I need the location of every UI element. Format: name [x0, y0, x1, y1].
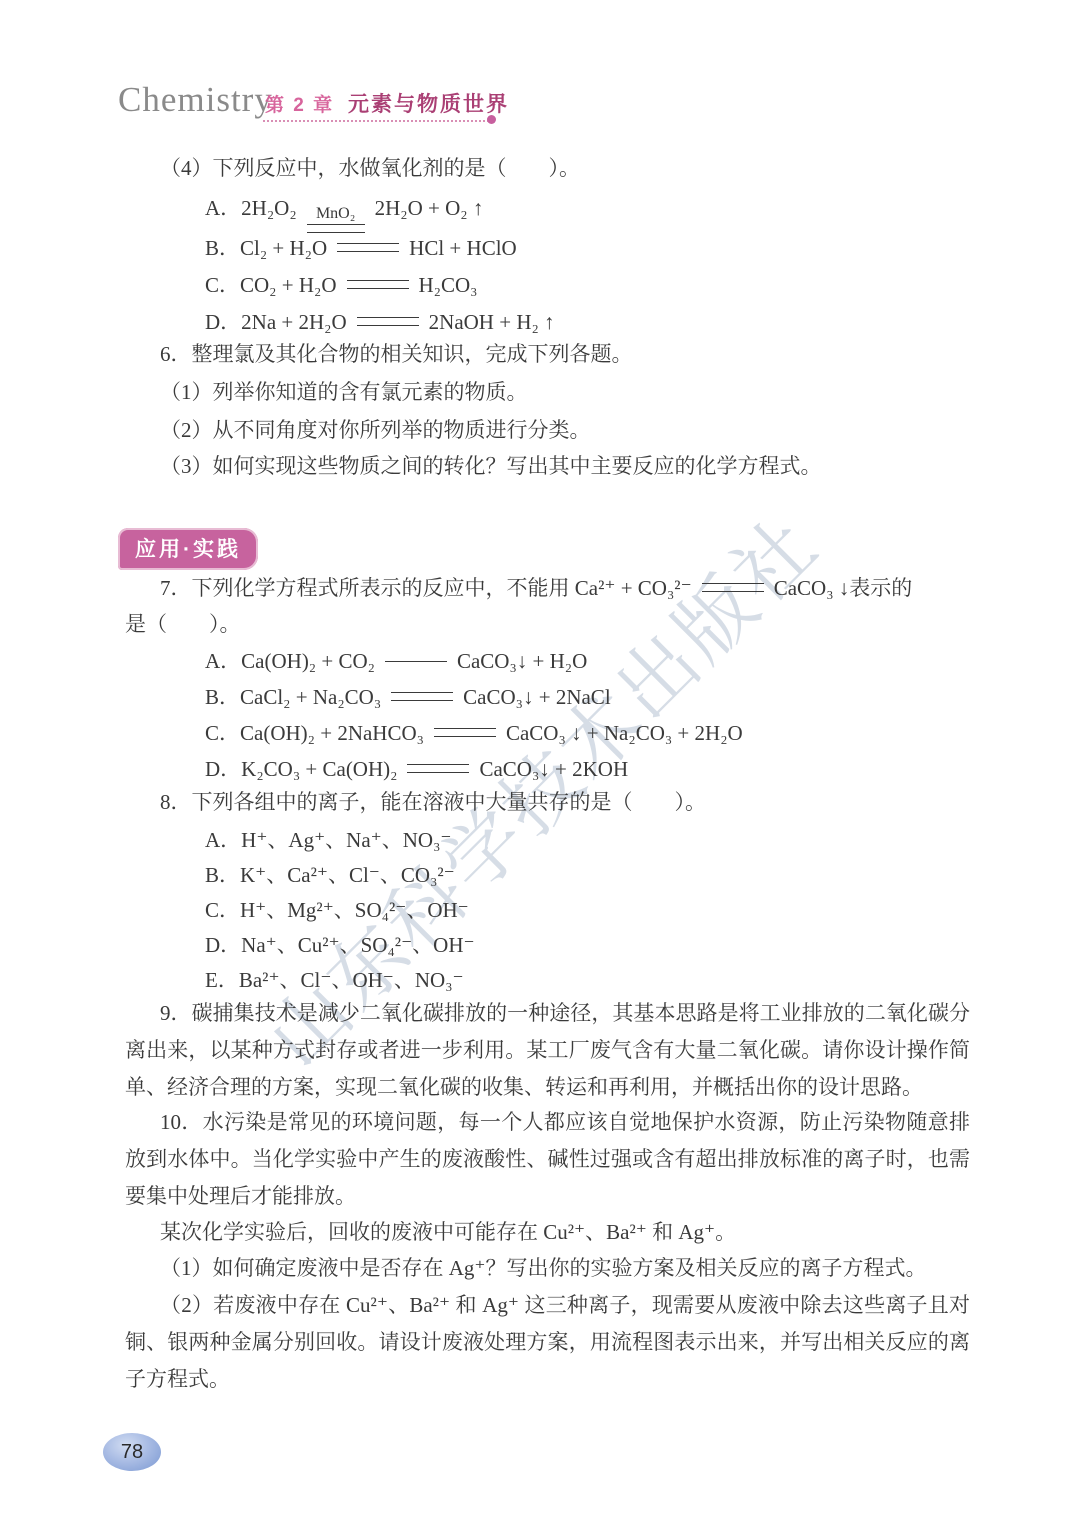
q4-option-b-lhs: B．Cl₂ + H₂O: [205, 236, 327, 260]
q4-intro: （4）下列反应中，水做氧化剂的是（ ）。: [160, 150, 580, 187]
q4-option-d-lhs: D．2Na + 2H₂O: [205, 310, 347, 334]
q4-option-b: B．Cl₂ + H₂OHCl + HClO: [205, 230, 517, 267]
q6-sub-3: （3）如何实现这些物质之间的转化？写出其中主要反应的化学方程式。: [160, 448, 822, 485]
q7-intro-post: CaCO₃ ↓表示的: [774, 576, 913, 600]
q7-option-b-rhs: CaCO₃↓ + 2NaCl: [463, 685, 611, 709]
q4-option-c: C．CO₂ + H₂OH₂CO₃: [205, 267, 477, 304]
q7-option-b-lhs: B．CaCl₂ + Na₂CO₃: [205, 685, 381, 709]
q8-option-c: C．H⁺、Mg²⁺、SO₄²⁻、OH⁻: [205, 892, 469, 929]
q4-option-a-rhs: 2H₂O + O₂ ↑: [375, 196, 484, 220]
q8-intro: 8．下列各组中的离子，能在溶液中大量共存的是（ ）。: [160, 784, 706, 821]
chemistry-logo: Chemistry: [118, 80, 273, 120]
textbook-page: 山东科学技术出版社 Chemistry 第 2 章 元素与物质世界 （4）下列反…: [0, 0, 1080, 1536]
q4-option-d-rhs: 2NaOH + H₂ ↑: [429, 310, 555, 334]
header-rule-end-dot: [487, 115, 496, 124]
section-badge-application-practice: 应用·实践: [118, 528, 258, 570]
q6-intro: 6．整理氯及其化合物的相关知识，完成下列各题。: [160, 336, 633, 373]
q7-intro-line1: 7．下列化学方程式所表示的反应中，不能用 Ca²⁺ + CO₃²⁻CaCO₃ ↓…: [160, 570, 912, 607]
page-number-badge: 78: [103, 1433, 161, 1471]
double-equals-line: [391, 692, 453, 701]
q7-option-a-lhs: A．Ca(OH)₂ + CO₂: [205, 649, 375, 673]
double-equals-line: [337, 243, 399, 252]
double-equals-line: [434, 728, 496, 737]
q7-option-b: B．CaCl₂ + Na₂CO₃CaCO₃↓ + 2NaCl: [205, 679, 611, 716]
q8-option-a: A．H⁺、Ag⁺、Na⁺、NO₃⁻: [205, 822, 451, 859]
q7-intro-line2: 是（ ）。: [125, 606, 241, 643]
q4-option-c-rhs: H₂CO₃: [419, 273, 478, 297]
q4-option-c-lhs: C．CO₂ + H₂O: [205, 273, 337, 297]
double-equals-line: [702, 583, 764, 592]
q10-sub-2: （2）若废液中存在 Cu²⁺、Ba²⁺ 和 Ag⁺ 这三种离子，现需要从废液中除…: [125, 1287, 970, 1398]
single-equals-line: [385, 661, 447, 662]
q10-paragraph: 10．水污染是常见的环境问题，每一个人都应该自觉地保护水资源，防止污染物随意排放…: [125, 1104, 970, 1215]
q9-paragraph: 9．碳捕集技术是减少二氧化碳排放的一种途径，其基本思路是将工业排放的二氧化碳分离…: [125, 995, 970, 1106]
q4-option-a-lhs: A．2H₂O₂: [205, 196, 297, 220]
q7-option-c: C．Ca(OH)₂ + 2NaHCO₃CaCO₃ ↓ + Na₂CO₃ + 2H…: [205, 715, 743, 752]
double-equals-line: [357, 317, 419, 326]
q10-sub-1: （1）如何确定废液中是否存在 Ag⁺？写出你的实验方案及相关反应的离子方程式。: [160, 1250, 927, 1287]
q7-option-c-rhs: CaCO₃ ↓ + Na₂CO₃ + 2H₂O: [506, 721, 743, 745]
q7-option-a: A．Ca(OH)₂ + CO₂CaCO₃↓ + H₂O: [205, 643, 587, 680]
q7-option-c-lhs: C．Ca(OH)₂ + 2NaHCO₃: [205, 721, 424, 745]
q10-context-line: 某次化学实验后，回收的废液中可能存在 Cu²⁺、Ba²⁺ 和 Ag⁺。: [160, 1214, 736, 1251]
catalyst-label: MnO₂: [307, 205, 365, 222]
q6-sub-1: （1）列举你知道的含有氯元素的物质。: [160, 374, 528, 411]
q4-option-a: A．2H₂O₂MnO₂2H₂O + O₂ ↑: [205, 190, 483, 233]
q7-option-d-rhs: CaCO₃↓ + 2KOH: [479, 757, 628, 781]
catalyst-equals-line: MnO₂: [307, 205, 365, 233]
double-equals-line: [407, 764, 469, 773]
q8-option-b: B．K⁺、Ca²⁺、Cl⁻、CO₃²⁻: [205, 857, 455, 894]
header-dotted-rule: [263, 110, 489, 122]
q7-intro-pre: 7．下列化学方程式所表示的反应中，不能用 Ca²⁺ + CO₃²⁻: [160, 576, 692, 600]
q7-option-d: D．K₂CO₃ + Ca(OH)₂CaCO₃↓ + 2KOH: [205, 751, 628, 788]
q6-sub-2: （2）从不同角度对你所列举的物质进行分类。: [160, 412, 591, 449]
q8-option-e: E．Ba²⁺、Cl⁻、OH⁻、NO₃⁻: [205, 962, 464, 999]
q7-option-a-rhs: CaCO₃↓ + H₂O: [457, 649, 587, 673]
double-equals-line: [347, 280, 409, 289]
q7-option-d-lhs: D．K₂CO₃ + Ca(OH)₂: [205, 757, 397, 781]
q8-option-d: D．Na⁺、Cu²⁺、SO₄²⁻、OH⁻: [205, 927, 475, 964]
q4-option-b-rhs: HCl + HClO: [409, 236, 517, 260]
